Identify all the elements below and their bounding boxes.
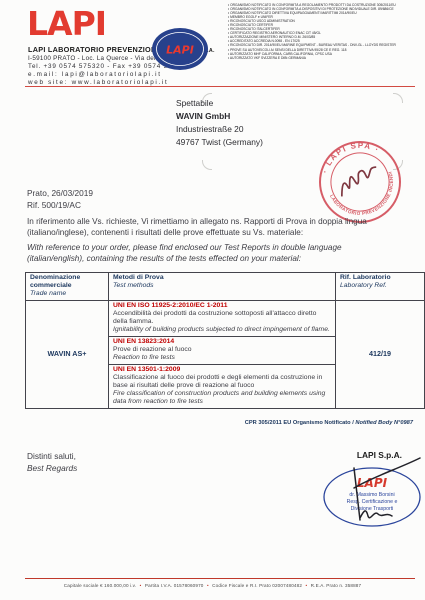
letter-page: LAPI LAPI LABORATORIO PREVENZIONE INCEND… <box>0 0 425 600</box>
address-window-mark <box>202 160 212 170</box>
table-row: WAVIN AS+ UNI EN ISO 11925-2:2010/EC 1-2… <box>26 301 425 337</box>
body-paragraph-italian: In riferimento alle Vs. richieste, Vi ri… <box>27 216 403 238</box>
col-lab-ref-subtitle: Laboratory Ref. <box>340 282 420 290</box>
reference-line: Rif. 500/19/AC <box>27 200 81 210</box>
col-trade-name-title: Denominazione commerciale <box>30 274 104 290</box>
method-description-en: Ignitability of building products subjec… <box>113 326 331 334</box>
method-description-en: Fire classification of construction prod… <box>113 390 331 406</box>
method-description-it: Classificazione al fuoco dei prodotti e … <box>113 374 331 390</box>
method-cell: UNI EN 13501-1:2009 Classificazione al f… <box>109 365 336 409</box>
col-test-methods-subtitle: Test methods <box>113 282 331 290</box>
signatory-role-line2: Divisione Trasporti <box>351 506 394 512</box>
footer-divider-rule <box>25 578 415 579</box>
col-trade-name-subtitle: Trade name <box>30 290 104 298</box>
lab-ref-cell: 412/19 <box>336 301 425 409</box>
company-website: web site: www.laboratoriolapi.it <box>28 79 169 86</box>
signatory-role-line1: Resp. Certificazione e <box>347 499 398 505</box>
recipient-city: 49767 Twist (Germany) <box>176 136 263 149</box>
method-description-en: Reaction to fire tests <box>113 354 331 362</box>
standard-code: UNI EN 13823:2014 <box>113 338 331 346</box>
footnote-notified-body: Notified Body N°0987 <box>355 420 413 426</box>
recipient-address-block: Spettabile WAVIN GmbH Industriestraße 20… <box>176 97 263 149</box>
footnote-prefix: CPR 305/2011 EU Organismo Notificato / <box>245 420 356 426</box>
certification-list: • ORGANISMO NOTIFICATO IN CONFORMITÀ A R… <box>228 3 424 60</box>
table-header-row: Denominazione commerciale Trade name Met… <box>26 273 425 301</box>
closing-italian: Distinti saluti, <box>27 451 76 461</box>
footer-item: Partita I.V.A. 01578060970 <box>145 583 204 588</box>
certification-item: • RICONOSCIUTO DIR. 2014/90/EU MARINE EQ… <box>228 43 424 47</box>
footer-separator: • <box>303 583 309 588</box>
col-lab-ref-title: Rif. Laboratorio <box>340 274 420 282</box>
standard-code: UNI EN 13501-1:2009 <box>113 366 331 374</box>
footer-item: Capitale sociale € 160.000,00 i.v. <box>64 583 136 588</box>
lapi-logo: LAPI <box>27 6 106 42</box>
header-certification-seal: LAPI <box>150 26 210 73</box>
footer-legal-line: Capitale sociale € 160.000,00 i.v. • Par… <box>0 583 425 588</box>
company-email: e.mail: lapi@laboratoriolapi.it <box>28 71 162 78</box>
footer-separator: • <box>138 583 144 588</box>
signature-company-name: LAPI S.p.A. <box>300 450 402 460</box>
standard-code: UNI EN ISO 11925-2:2010/EC 1-2011 <box>113 302 331 310</box>
col-test-methods-title: Metodi di Prova <box>113 274 331 282</box>
recipient-name: WAVIN GmbH <box>176 110 263 123</box>
notified-body-footnote: CPR 305/2011 EU Organismo Notificato / N… <box>25 420 413 426</box>
product-name-cell: WAVIN AS+ <box>26 301 109 409</box>
footer-separator: • <box>205 583 211 588</box>
method-description-it: Prove di reazione al fuoco <box>113 346 331 354</box>
certification-item: • AUTORIZZATO VKF SVIZZERA E DIBt GERMAN… <box>228 56 424 60</box>
body-paragraph-english: With reference to your order, please fin… <box>27 242 367 264</box>
method-cell: UNI EN ISO 11925-2:2010/EC 1-2011 Accend… <box>109 301 336 337</box>
closing-english: Best Regards <box>27 463 77 473</box>
footer-item: Codice Fiscale e R.I. Prato 02007480482 <box>212 583 302 588</box>
recipient-street: Industriestraße 20 <box>176 123 263 136</box>
date-line: Prato, 26/03/2019 <box>27 188 93 198</box>
method-description-it: Accendibilità dei prodotti da costruzion… <box>113 310 331 326</box>
footer-item: R.E.A. Prato n. 358887 <box>311 583 362 588</box>
signatory-blue-stamp: LAPI dr. Massimo Borsini Resp. Certifica… <box>320 464 424 530</box>
round-stamp-signature <box>336 165 381 196</box>
address-window-mark <box>393 93 403 103</box>
recipient-salutation: Spettabile <box>176 97 263 110</box>
method-cell: UNI EN 13823:2014 Prove di reazione al f… <box>109 337 336 365</box>
header-seal-logo-text: LAPI <box>166 44 194 57</box>
header-divider-rule <box>25 86 415 87</box>
test-report-table: Denominazione commerciale Trade name Met… <box>25 272 425 409</box>
